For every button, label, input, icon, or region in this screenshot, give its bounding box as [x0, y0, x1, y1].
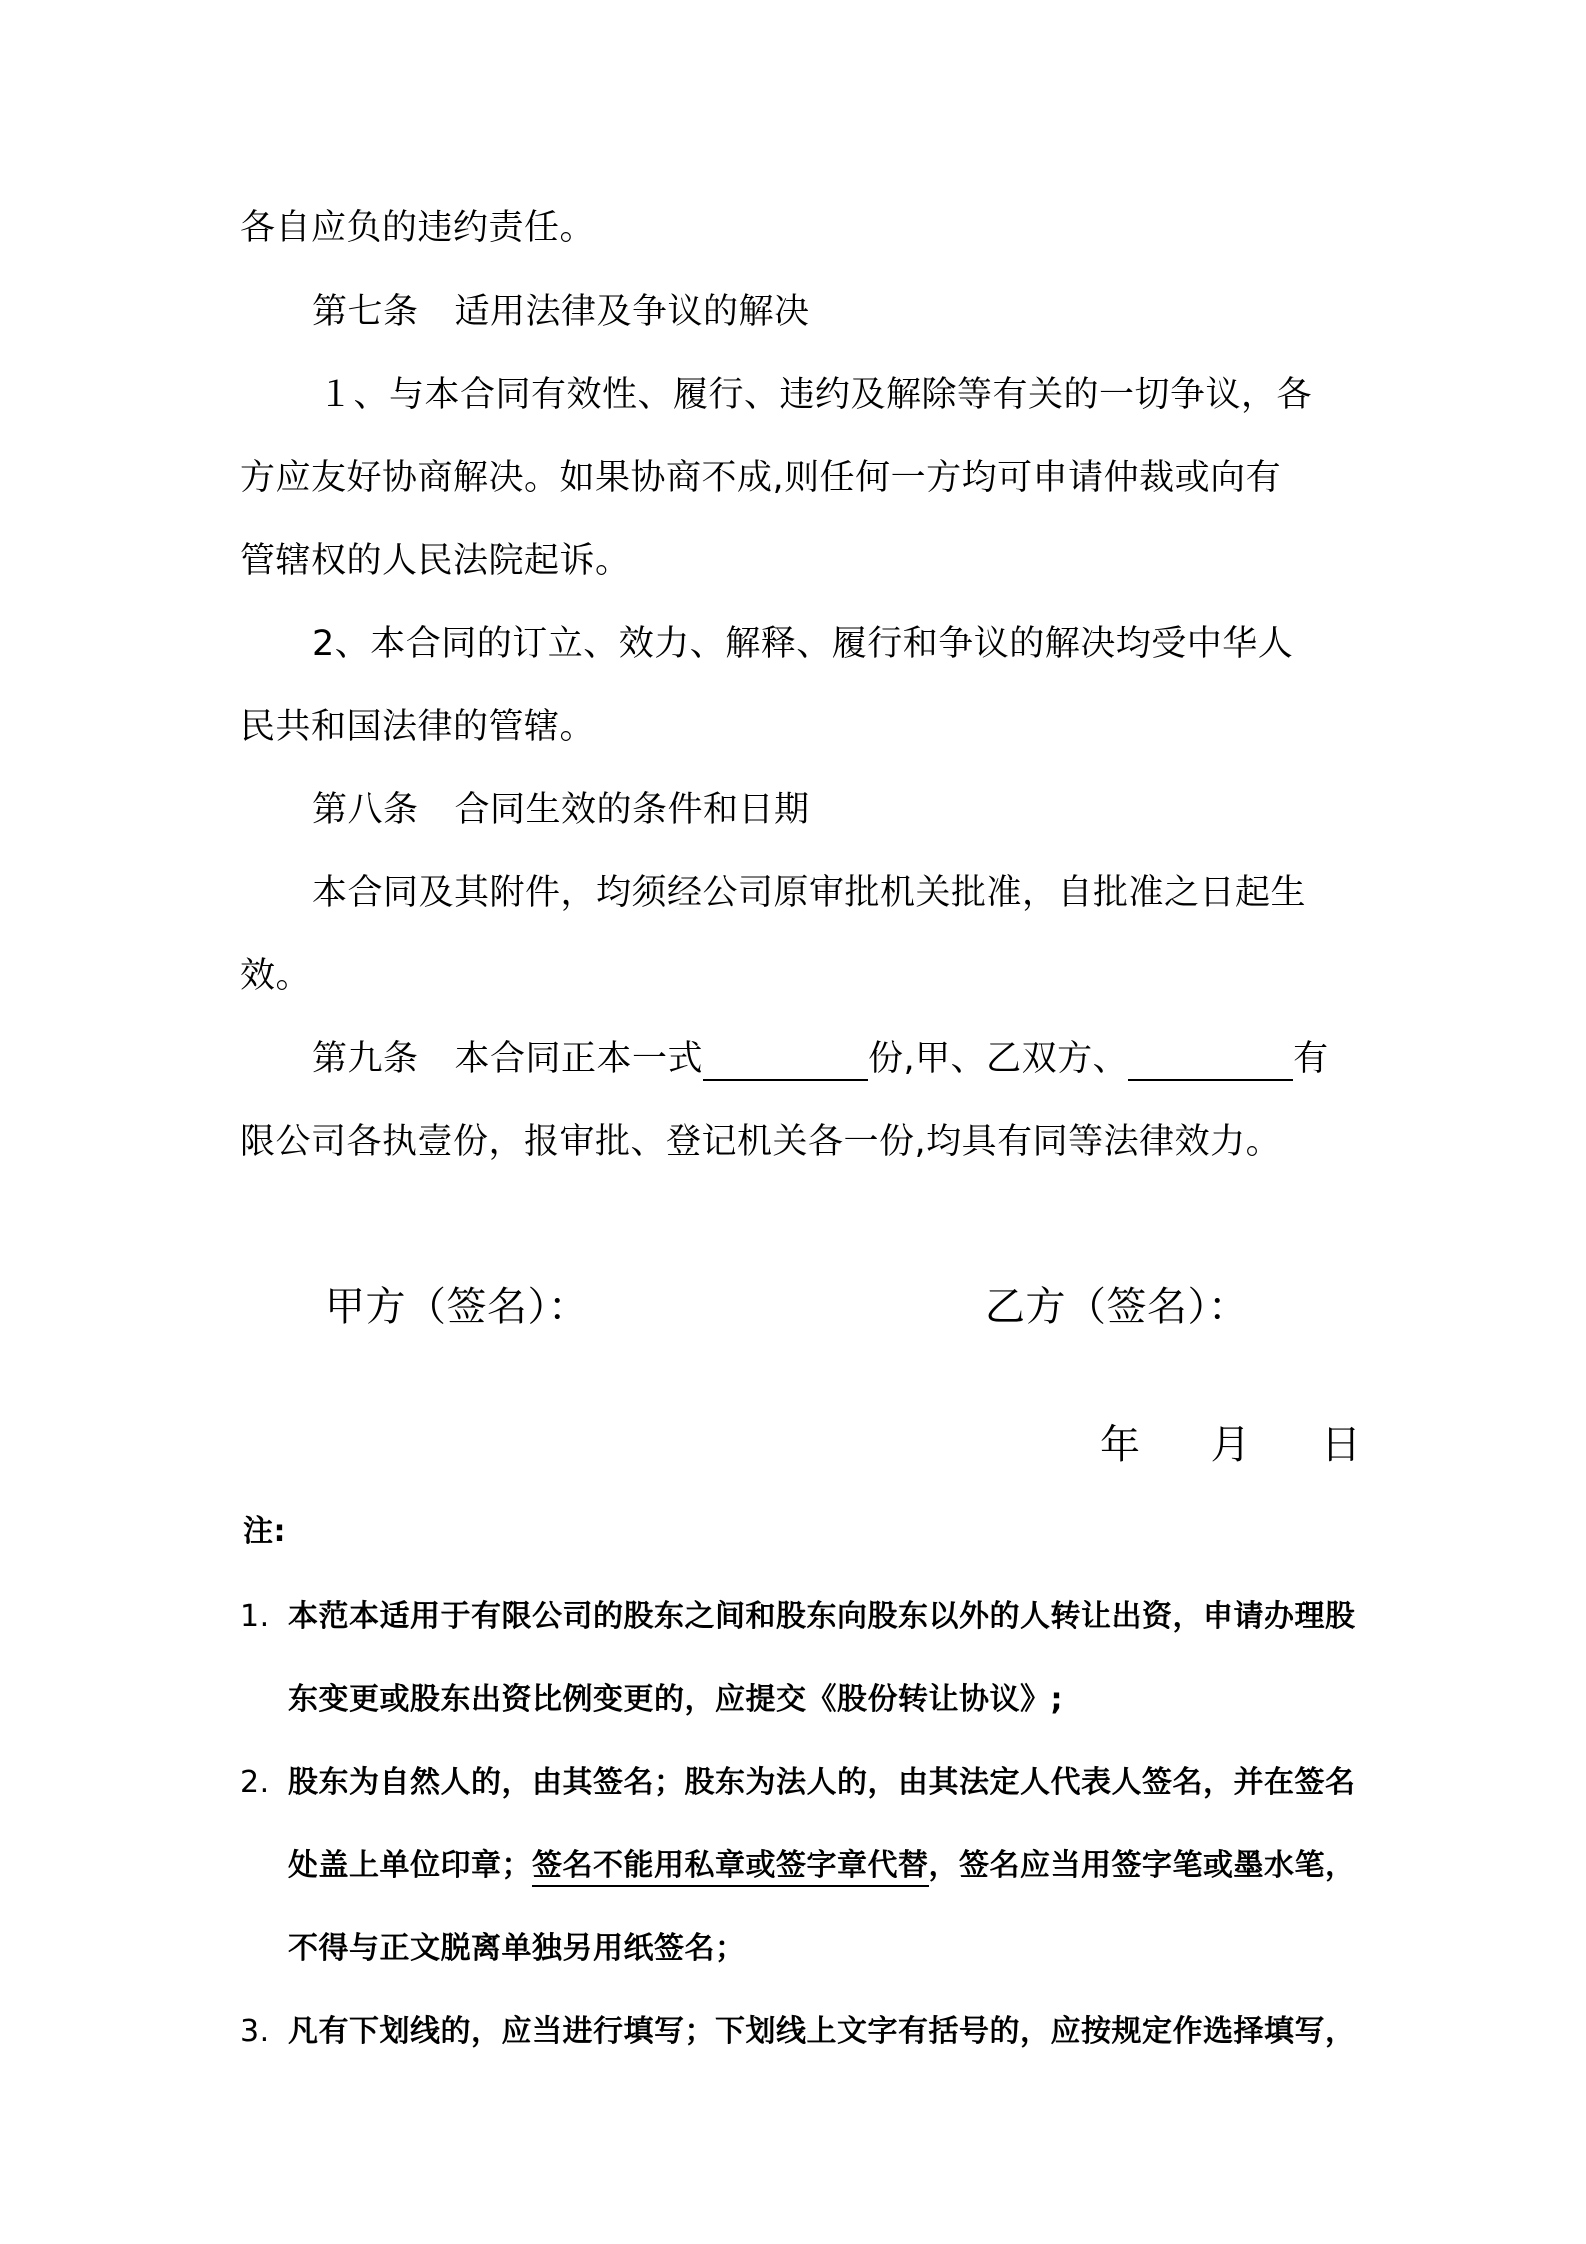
article8-heading: 第八条合同生效的条件和日期	[312, 788, 810, 832]
article9-text-c: 有	[1293, 1039, 1329, 1079]
copies-blank-field[interactable]	[703, 1039, 868, 1081]
note-2-text: 股东为自然人的，由其签名；股东为法人的，由其法定人代表人签名，并在签名	[288, 1765, 1356, 1800]
article7-heading: 第七条适用法律及争议的解决	[312, 290, 810, 334]
note-2-line3: 不得与正文脱离单独另用纸签名；	[288, 1929, 746, 1969]
note-2-text-b: ，签名应当用签字笔或墨水笔，	[929, 1848, 1356, 1883]
note-3-text: 凡有下划线的，应当进行填写；下划线上文字有括号的，应按规定作选择填写，	[288, 2014, 1356, 2049]
article7-clause2-line1: 2、本合同的订立、效力、解释、履行和争议的解决均受中华人	[312, 622, 1293, 666]
article8-number: 第八条	[312, 790, 419, 830]
article9-text-b: 份,甲、乙双方、	[868, 1039, 1128, 1079]
company-blank-field[interactable]	[1128, 1039, 1293, 1081]
date-year-label: 年	[1100, 1420, 1141, 1470]
note-1-line2: 东变更或股东出资比例变更的，应提交《股份转让协议》;	[288, 1680, 1063, 1720]
document-page: 各自应负的违约责任。 第七条适用法律及争议的解决 １、与本合同有效性、履行、违约…	[0, 0, 1586, 2244]
article8-body-line2: 效。	[240, 954, 311, 998]
note-1-text: 本范本适用于有限公司的股东之间和股东向股东以外的人转让出资，申请办理股	[288, 1599, 1356, 1634]
article7-clause1-line1: １、与本合同有效性、履行、违约及解除等有关的一切争议，各	[318, 373, 1312, 417]
article8-title: 合同生效的条件和日期	[455, 790, 810, 830]
article7-title: 适用法律及争议的解决	[455, 292, 810, 332]
date-month-label: 月	[1211, 1420, 1252, 1470]
article9-line1: 第九条本合同正本一式份,甲、乙双方、有	[312, 1037, 1329, 1081]
article7-number: 第七条	[312, 292, 419, 332]
note-2-underlined-text: 签名不能用私章或签字章代替	[532, 1848, 929, 1887]
notes-title: 注:	[243, 1512, 286, 1552]
article8-body-line1: 本合同及其附件，均须经公司原审批机关批准，自批准之日起生	[312, 871, 1306, 915]
article7-clause1-line3: 管辖权的人民法院起诉。	[240, 539, 631, 583]
note-1-number: 1.	[240, 1597, 288, 1637]
note-1-line1: 1.本范本适用于有限公司的股东之间和股东向股东以外的人转让出资，申请办理股	[240, 1597, 1356, 1637]
note-3-number: 3.	[240, 2012, 288, 2052]
note-2-number: 2.	[240, 1763, 288, 1803]
article9-text-a: 本合同正本一式	[455, 1039, 704, 1079]
article7-clause1-line2: 方应友好协商解决。如果协商不成,则任何一方均可申请仲裁或向有	[240, 456, 1281, 500]
article9-line2: 限公司各执壹份，报审批、登记机关各一份,均具有同等法律效力。	[240, 1120, 1281, 1164]
article9-number: 第九条	[312, 1039, 419, 1079]
continuation-text: 各自应负的违约责任。	[240, 206, 595, 250]
note-2-line2: 处盖上单位印章；签名不能用私章或签字章代替，签名应当用签字笔或墨水笔，	[288, 1846, 1356, 1886]
note-2-line1: 2.股东为自然人的，由其签名；股东为法人的，由其法定人代表人签名，并在签名	[240, 1763, 1356, 1803]
party-a-signature-label: 甲方（签名）：	[325, 1282, 589, 1332]
date-day-label: 日	[1321, 1420, 1362, 1470]
note-2-text-a: 处盖上单位印章；	[288, 1848, 532, 1883]
signature-date: 年月日	[1100, 1420, 1362, 1470]
note-3-line1: 3.凡有下划线的，应当进行填写；下划线上文字有括号的，应按规定作选择填写，	[240, 2012, 1356, 2052]
article7-clause2-line2: 民共和国法律的管辖。	[240, 705, 595, 749]
party-b-signature-label: 乙方（签名）：	[985, 1282, 1249, 1332]
